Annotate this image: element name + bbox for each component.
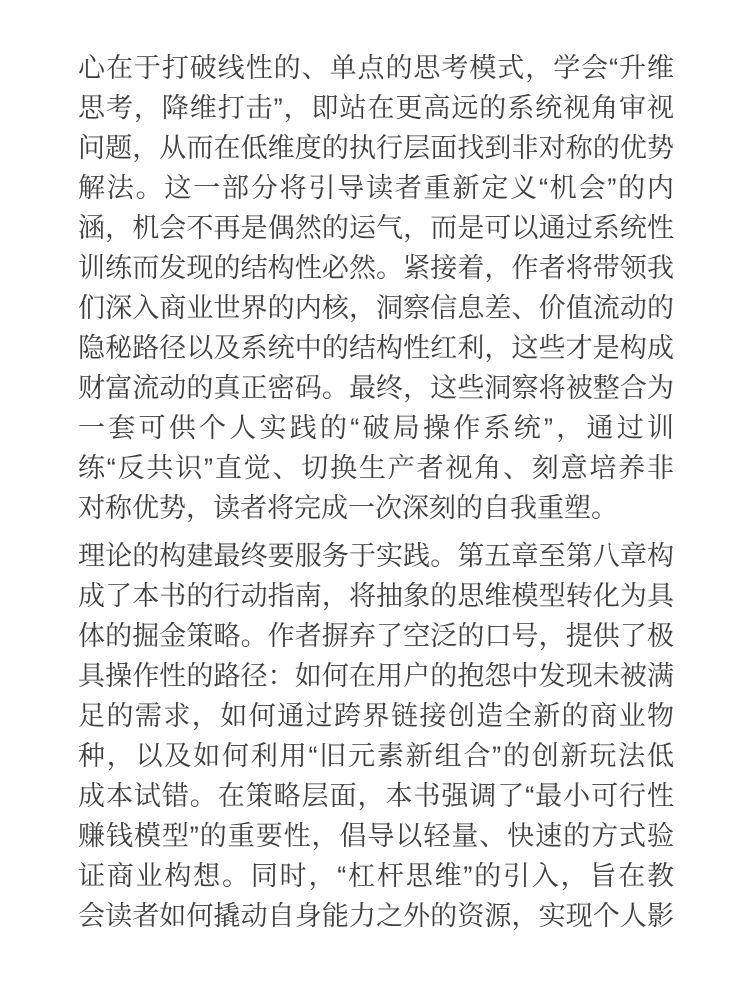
text-line: 赚钱模型”的重要性，倡导以轻量、快速的方式验: [78, 816, 674, 856]
text-line: 成本试错。在策略层面，本书强调了“最小可行性: [78, 776, 674, 816]
text-line: 体的掘金策略。作者摒弃了空泛的口号，提供了极: [78, 616, 674, 656]
text-line: 练“反共识”直觉、切换生产者视角、刻意培养非: [78, 448, 674, 488]
text-line: 们深入商业世界的内核，洞察信息差、价值流动的: [78, 288, 674, 328]
document-body: 心在于打破线性的、单点的思考模式，学会“升维 思考，降维打击”，即站在更高远的系…: [78, 48, 674, 944]
text-line: 一套可供个人实践的“破局操作系统”，通过训: [78, 408, 674, 448]
text-line: 问题，从而在低维度的执行层面找到非对称的优势: [78, 128, 674, 168]
text-line: 财富流动的真正密码。最终，这些洞察将被整合为: [78, 368, 674, 408]
text-line: 会读者如何撬动自身能力之外的资源，实现个人影: [78, 896, 674, 936]
text-line: 涵，机会不再是偶然的运气，而是可以通过系统性: [78, 208, 674, 248]
text-line: 证商业构想。同时，“杠杆思维”的引入，旨在教: [78, 856, 674, 896]
paragraph: 理论的构建最终要服务于实践。第五章至第八章构 成了本书的行动指南，将抽象的思维模…: [78, 536, 674, 936]
text-line: 足的需求，如何通过跨界链接创造全新的商业物: [78, 696, 674, 736]
text-line: 成了本书的行动指南，将抽象的思维模型转化为具: [78, 576, 674, 616]
document-page: 心在于打破线性的、单点的思考模式，学会“升维 思考，降维打击”，即站在更高远的系…: [0, 0, 750, 1000]
text-line: 具操作性的路径：如何在用户的抱怨中发现未被满: [78, 656, 674, 696]
text-line: 心在于打破线性的、单点的思考模式，学会“升维: [78, 48, 674, 88]
text-line: 思考，降维打击”，即站在更高远的系统视角审视: [78, 88, 674, 128]
text-line: 对称优势，读者将完成一次深刻的自我重塑。: [78, 488, 674, 528]
text-line: 隐秘路径以及系统中的结构性红利，这些才是构成: [78, 328, 674, 368]
text-line: 理论的构建最终要服务于实践。第五章至第八章构: [78, 536, 674, 576]
text-line: 训练而发现的结构性必然。紧接着，作者将带领我: [78, 248, 674, 288]
text-line: 解法。这一部分将引导读者重新定义“机会”的内: [78, 168, 674, 208]
paragraph: 心在于打破线性的、单点的思考模式，学会“升维 思考，降维打击”，即站在更高远的系…: [78, 48, 674, 528]
text-line: 种，以及如何利用“旧元素新组合”的创新玩法低: [78, 736, 674, 776]
